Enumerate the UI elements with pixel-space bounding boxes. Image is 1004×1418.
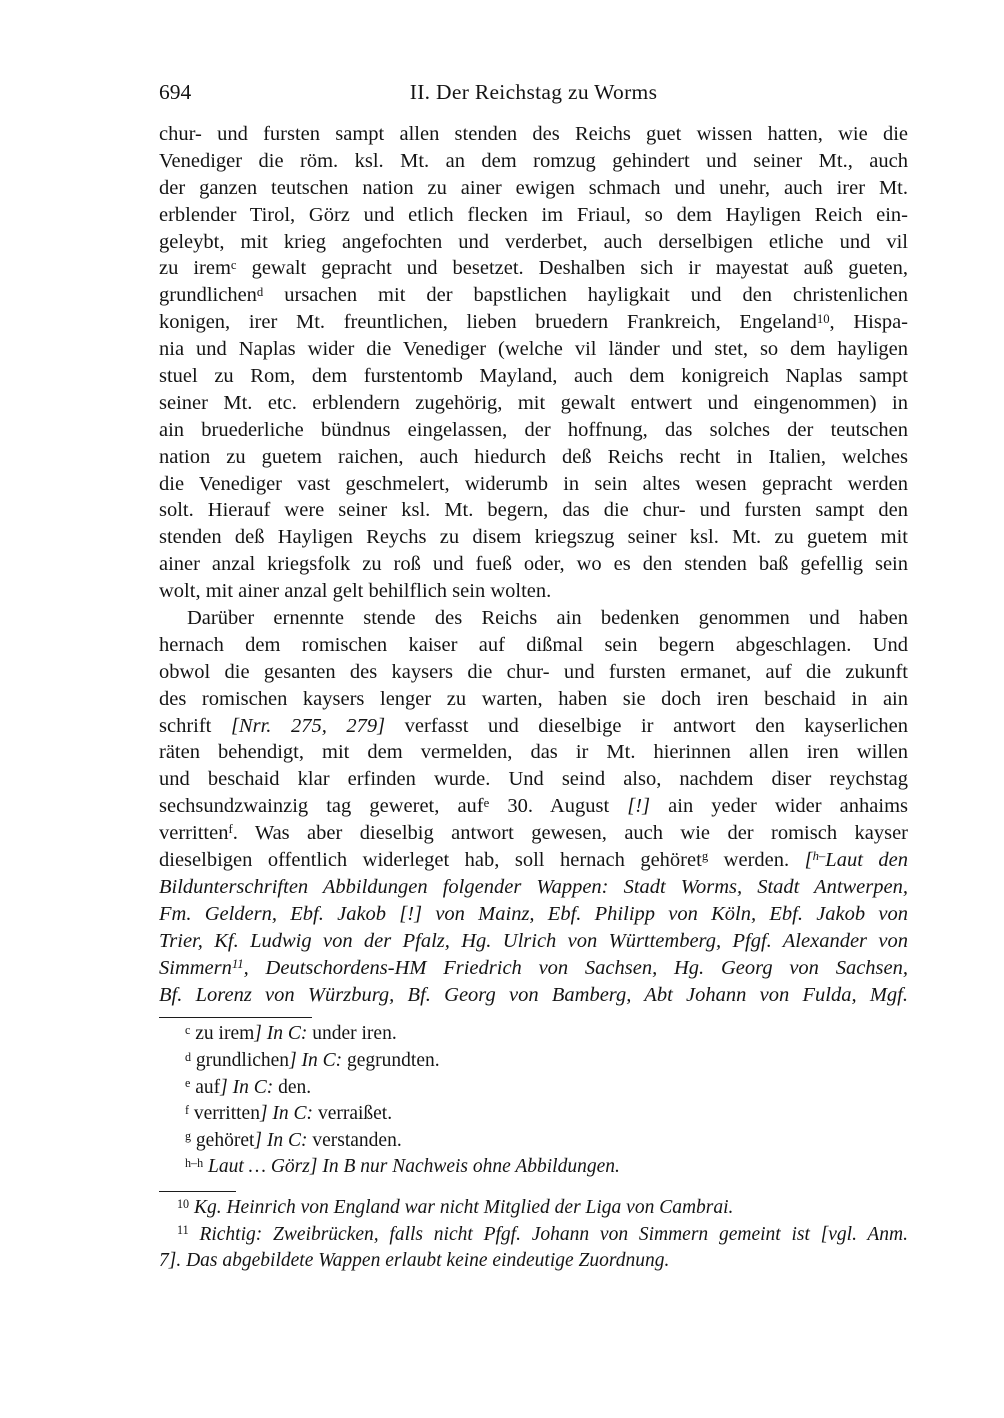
book-page: 694 II. Der Reichstag zu Worms chur- und… xyxy=(0,0,1004,1418)
text-line: konigen, irer Mt. freuntlichen, lieben b… xyxy=(159,311,908,338)
text-line: d grundlichen] In C: gegrundten. xyxy=(159,1050,908,1077)
text-segment: räten behendigt, mit dem vermelden, das … xyxy=(159,741,908,763)
footnote-mark: d xyxy=(185,1050,191,1064)
text-line: Darüber ernennte stende des Reichs ain b… xyxy=(159,607,908,634)
text-segment: ain yeder wider anhaims xyxy=(650,795,908,817)
text-segment: Fm. Geldern, Ebf. Jakob [!] von Mainz, E… xyxy=(159,903,908,925)
text-segment: ursachen mit der bapstlichen hayligkait … xyxy=(263,284,908,306)
text-line: hernach dem romischen kaiser auf dißmal … xyxy=(159,634,908,661)
footnote-mark: h–h xyxy=(185,1156,203,1170)
text-line: wolt, mit ainer anzal gelt behilflich se… xyxy=(159,580,908,607)
text-segment: under iren. xyxy=(307,1023,396,1044)
text-line: g gehöret] In C: verstanden. xyxy=(159,1130,908,1157)
text-segment: zu irem xyxy=(159,257,231,279)
text-segment: verfasst und dieselbige ir antwort den k… xyxy=(385,715,908,737)
footnote-mark: h– xyxy=(813,849,826,863)
text-segment: verritten xyxy=(159,822,228,844)
text-line: 7]. Das abgebildete Wappen erlaubt keine… xyxy=(159,1250,908,1277)
main-text: chur- und fursten sampt allen stenden de… xyxy=(159,123,908,1010)
text-line: und beschaid klar erfinden wurde. Und se… xyxy=(159,768,908,795)
text-segment: grundlichen xyxy=(159,284,257,306)
text-line: verrittenf. Was aber dieselbig antwort g… xyxy=(159,822,908,849)
page-header: 694 II. Der Reichstag zu Worms xyxy=(159,80,908,108)
text-line: chur- und fursten sampt allen stenden de… xyxy=(159,123,908,150)
text-line: der ganzen teutschen nation zu ainer ewi… xyxy=(159,177,908,204)
text-segment: ] In C: xyxy=(260,1103,313,1124)
footnote-mark: 10 xyxy=(817,312,830,326)
footnote-mark: 11 xyxy=(177,1224,189,1238)
text-line: räten behendigt, mit dem vermelden, das … xyxy=(159,741,908,768)
text-segment: werden. xyxy=(708,849,804,871)
text-line: erblender Tirol, Görz und etlich flecken… xyxy=(159,204,908,231)
paragraph: chur- und fursten sampt allen stenden de… xyxy=(159,123,908,607)
text-segment: konigen, irer Mt. freuntlichen, lieben b… xyxy=(159,311,817,333)
text-segment: schrift xyxy=(159,715,231,737)
text-segment: 7]. Das abgebildete Wappen erlaubt keine… xyxy=(159,1250,669,1271)
text-segment: dieselbigen offentlich widerleget hab, s… xyxy=(159,849,702,871)
text-segment: [ xyxy=(805,849,813,871)
footnote-mark: c xyxy=(231,258,237,272)
text-segment: des romischen kaysers lenger zu warten, … xyxy=(159,688,908,710)
text-segment: der ganzen teutschen nation zu ainer ewi… xyxy=(159,177,908,199)
text-segment: 30. August xyxy=(489,795,627,817)
text-line: Trier, Kf. Ludwig von der Pfalz, Hg. Ulr… xyxy=(159,930,908,957)
text-line: schrift [Nrr. 275, 279] verfasst und die… xyxy=(159,715,908,742)
text-segment: sechsundzwainzig tag geweret, auf xyxy=(159,795,484,817)
footnote-mark: g xyxy=(185,1130,191,1144)
text-line: f verritten] In C: verraißet. xyxy=(159,1103,908,1130)
footnote-mark: 10 xyxy=(177,1197,189,1211)
text-segment: auf xyxy=(190,1077,220,1098)
footnote-mark: 11 xyxy=(232,957,244,971)
text-segment: wolt, mit ainer anzal gelt behilflich se… xyxy=(159,580,551,602)
text-segment: ain bruederliche bündnus eingelassen, de… xyxy=(159,419,908,441)
text-segment: stuel zu Rom, dem furstentomb Mayland, a… xyxy=(159,365,908,387)
text-line: dieselbigen offentlich widerleget hab, s… xyxy=(159,849,908,876)
running-head: II. Der Reichstag zu Worms xyxy=(159,80,908,105)
text-segment: Trier, Kf. Ludwig von der Pfalz, Hg. Ulr… xyxy=(159,930,908,952)
text-segment: grundlichen xyxy=(191,1050,289,1071)
footnote-mark: c xyxy=(185,1023,190,1037)
text-segment: ] In C: xyxy=(220,1077,273,1098)
text-line: obwol die gesanten des kaysers die chur-… xyxy=(159,661,908,688)
text-segment: verstanden. xyxy=(308,1130,402,1151)
text-segment: hernach dem romischen kaiser auf dißmal … xyxy=(159,634,908,656)
text-segment: Laut den xyxy=(825,849,908,871)
text-segment: Richtig: Zweibrücken, falls nicht Pfgf. … xyxy=(199,1224,908,1245)
text-line: e auf] In C: den. xyxy=(159,1077,908,1104)
text-line: stuel zu Rom, dem furstentomb Mayland, a… xyxy=(159,365,908,392)
number-notes-rule xyxy=(159,1191,236,1192)
text-segment: [!] xyxy=(627,795,650,817)
text-segment: obwol die gesanten des kaysers die chur-… xyxy=(159,661,908,683)
text-segment: ] In C: xyxy=(254,1023,307,1044)
text-segment: verritten xyxy=(189,1103,260,1124)
footnote-mark: f xyxy=(228,822,232,836)
text-segment: ainer anzal kriegsfolk zu roß und fueß o… xyxy=(159,553,908,575)
letter-footnotes: c zu irem] In C: under iren.d grundliche… xyxy=(159,1023,908,1183)
text-line: c zu irem] In C: under iren. xyxy=(159,1023,908,1050)
text-segment: gegrundten. xyxy=(342,1050,439,1071)
text-segment: [Nrr. 275, 279] xyxy=(231,715,385,737)
footnote-mark: g xyxy=(702,849,708,863)
text-segment: den. xyxy=(273,1077,311,1098)
text-line: seiner Mt. etc. erblendern zugehörig, mi… xyxy=(159,392,908,419)
text-line: zu iremc gewalt gepracht und besetzet. D… xyxy=(159,257,908,284)
text-line: Bildunterschriften Abbildungen folgender… xyxy=(159,876,908,903)
text-line: die Venediger vast geschmelert, widerumb… xyxy=(159,473,908,500)
text-line: 10 Kg. Heinrich von England war nicht Mi… xyxy=(159,1197,908,1224)
text-line: Bf. Lorenz von Würzburg, Bf. Georg von B… xyxy=(159,984,908,1011)
text-segment xyxy=(189,1224,200,1245)
text-segment: die Venediger vast geschmelert, widerumb… xyxy=(159,473,908,495)
text-line: 11 Richtig: Zweibrücken, falls nicht Pfg… xyxy=(159,1224,908,1251)
text-segment: gehöret xyxy=(191,1130,254,1151)
text-segment: Simmern xyxy=(159,957,232,979)
text-line: nia und Naplas wider die Venediger (welc… xyxy=(159,338,908,365)
footnote-mark: d xyxy=(257,285,263,299)
text-segment: nia und Naplas wider die Venediger (welc… xyxy=(159,338,908,360)
text-line: grundlichend ursachen mit der bapstliche… xyxy=(159,284,908,311)
text-segment: ] In C: xyxy=(254,1130,307,1151)
text-segment: geleybt, mit krieg angefochten und verde… xyxy=(159,231,908,253)
text-segment: solt. Hierauf were seiner ksl. Mt. beger… xyxy=(159,499,908,521)
text-segment: , Hispa- xyxy=(830,311,908,333)
text-segment: seiner Mt. etc. erblendern zugehörig, mi… xyxy=(159,392,908,414)
text-line: solt. Hierauf were seiner ksl. Mt. beger… xyxy=(159,499,908,526)
text-segment: Laut … Görz] In B nur Nachweis ohne Abbi… xyxy=(208,1156,620,1177)
text-segment: Kg. Heinrich von England war nicht Mitgl… xyxy=(194,1197,733,1218)
text-segment: Darüber ernennte stende des Reichs ain b… xyxy=(187,607,908,629)
numbered-footnotes: 10 Kg. Heinrich von England war nicht Mi… xyxy=(159,1197,908,1277)
text-segment: ] In C: xyxy=(289,1050,342,1071)
text-segment: stenden deß Hayligen Reychs zu disem kri… xyxy=(159,526,908,548)
text-line: des romischen kaysers lenger zu warten, … xyxy=(159,688,908,715)
footnote-mark: e xyxy=(484,796,490,810)
text-block: 694 II. Der Reichstag zu Worms chur- und… xyxy=(159,80,908,1277)
text-line: ainer anzal kriegsfolk zu roß und fueß o… xyxy=(159,553,908,580)
text-segment: gewalt gepracht und besetzet. Deshalben … xyxy=(237,257,908,279)
text-segment: verraißet. xyxy=(313,1103,392,1124)
footnote-mark: f xyxy=(185,1103,189,1117)
text-segment: . Was aber dieselbig antwort gewesen, au… xyxy=(233,822,908,844)
text-line: nation zu guetem raichen, auch hiedurch … xyxy=(159,446,908,473)
text-line: geleybt, mit krieg angefochten und verde… xyxy=(159,231,908,258)
text-segment: und beschaid klar erfinden wurde. Und se… xyxy=(159,768,908,790)
text-segment: Venediger die röm. ksl. Mt. an dem romzu… xyxy=(159,150,908,172)
paragraph: Darüber ernennte stende des Reichs ain b… xyxy=(159,607,908,1010)
footnote-mark: e xyxy=(185,1077,190,1091)
text-line: ain bruederliche bündnus eingelassen, de… xyxy=(159,419,908,446)
text-segment: zu irem xyxy=(190,1023,254,1044)
text-line: Fm. Geldern, Ebf. Jakob [!] von Mainz, E… xyxy=(159,903,908,930)
text-line: sechsundzwainzig tag geweret, aufe 30. A… xyxy=(159,795,908,822)
text-segment: nation zu guetem raichen, auch hiedurch … xyxy=(159,446,908,468)
text-line: h–h Laut … Görz] In B nur Nachweis ohne … xyxy=(159,1156,908,1183)
text-line: Simmern11, Deutschordens-HM Friedrich vo… xyxy=(159,957,908,984)
text-segment: chur- und fursten sampt allen stenden de… xyxy=(159,123,908,145)
letter-notes-rule xyxy=(159,1017,312,1018)
text-line: Venediger die röm. ksl. Mt. an dem romzu… xyxy=(159,150,908,177)
text-segment: Bf. Lorenz von Würzburg, Bf. Georg von B… xyxy=(159,984,908,1006)
text-segment: erblender Tirol, Görz und etlich flecken… xyxy=(159,204,908,226)
text-line: stenden deß Hayligen Reychs zu disem kri… xyxy=(159,526,908,553)
text-segment: Bildunterschriften Abbildungen folgender… xyxy=(159,876,908,898)
text-segment: , Deutschordens-HM Friedrich von Sachsen… xyxy=(244,957,908,979)
